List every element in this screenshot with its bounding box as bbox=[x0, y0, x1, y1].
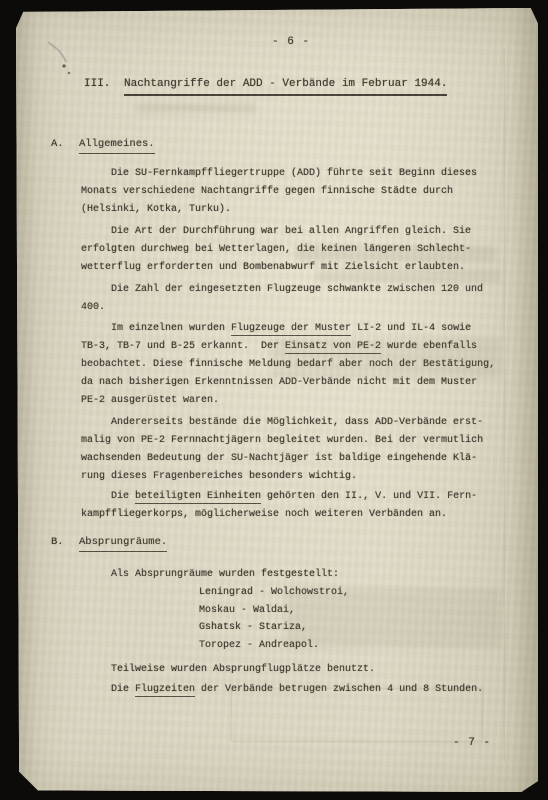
text-segment: der Verbände betrugen zwischen 4 und 8 S… bbox=[195, 684, 483, 695]
text-line: Die Art der Durchführung war bei allen A… bbox=[81, 223, 526, 241]
text-line: 400. bbox=[81, 299, 526, 317]
text-segment: gehörten den II., V. und VII. Fern- bbox=[261, 491, 477, 502]
text-segment: Im einzelnen wurden bbox=[111, 323, 231, 334]
underlined-phrase: Einsatz von PE-2 bbox=[285, 341, 381, 354]
section-a-title: Allgemeines. bbox=[79, 138, 155, 154]
text-segment: Die bbox=[111, 684, 135, 695]
text-line: Teilweise wurden Absprungflugplätze benu… bbox=[81, 661, 526, 679]
text-line: (Helsinki, Kotka, Turku). bbox=[81, 201, 526, 219]
text-line: Die SU-Fernkampffliegertruppe (ADD) führ… bbox=[81, 165, 526, 183]
page-number-top: - 6 - bbox=[272, 36, 538, 49]
list-item: Gshatsk - Stariza, bbox=[199, 619, 526, 637]
text-line: rung dieses Fragenbereiches besonders wi… bbox=[81, 468, 526, 486]
paragraph: Andererseits bestände die Möglichkeit, d… bbox=[81, 414, 526, 486]
scanned-document-page: - 6 - III. Nachtangriffe der ADD - Verbä… bbox=[16, 8, 538, 792]
list-item: Moskau - Waldai, bbox=[199, 602, 526, 620]
text-line: Andererseits bestände die Möglichkeit, d… bbox=[81, 414, 526, 432]
text-segment: Die bbox=[111, 491, 135, 502]
text-line: PE-2 ausgerüstet waren. bbox=[81, 392, 526, 410]
text-line: beobachtet. Diese finnische Meldung beda… bbox=[81, 356, 526, 374]
title-numeral: III. bbox=[84, 78, 124, 96]
text-line: Die beteiligten Einheiten gehörten den I… bbox=[81, 488, 526, 506]
text-line: da nach bisherigen Erkenntnissen ADD-Ver… bbox=[81, 374, 526, 392]
text-line: Die Flugzeiten der Verbände betrugen zwi… bbox=[81, 681, 526, 699]
text-line: malig von PE-2 Fernnachtjägern begleitet… bbox=[81, 432, 526, 450]
ink-bleed-through bbox=[136, 103, 256, 113]
text-line: wachsenden Bedeutung der SU-Nachtjäger i… bbox=[81, 450, 526, 468]
text-line: erfolgten durchweg bei Wetterlagen, die … bbox=[81, 241, 526, 259]
text-line: TB-3, TB-7 und B-25 erkannt. Der Einsatz… bbox=[81, 338, 526, 356]
list-item: Leningrad - Wolchowstroi, bbox=[199, 584, 526, 602]
text-line: Als Absprungräume wurden festgestellt: bbox=[81, 566, 526, 584]
underlined-phrase: beteiligten Einheiten bbox=[135, 491, 261, 504]
underlined-phrase: Flugzeiten bbox=[135, 684, 195, 697]
section-a-heading: A. Allgemeines. bbox=[51, 138, 538, 154]
paragraph: Die Zahl der eingesetzten Flugzeuge schw… bbox=[81, 281, 526, 317]
section-b-label: B. bbox=[51, 536, 79, 552]
title-text: Nachtangriffe der ADD - Verbände im Febr… bbox=[124, 78, 447, 96]
list-item: Toropez - Andreapol. bbox=[199, 637, 526, 655]
section-b-body: Als Absprungräume wurden festgestellt: L… bbox=[81, 566, 526, 699]
text-line: Monats verschiedene Nachtangriffe gegen … bbox=[81, 183, 526, 201]
paragraph: Im einzelnen wurden Flugzeuge der Muster… bbox=[81, 320, 526, 410]
text-line: kampffliegerkorps, möglicherweise noch w… bbox=[81, 506, 526, 524]
paragraph: Die beteiligten Einheiten gehörten den I… bbox=[81, 488, 526, 524]
section-a-body: Die SU-Fernkampffliegertruppe (ADD) führ… bbox=[81, 165, 526, 524]
text-segment: wurde ebenfalls bbox=[381, 341, 477, 352]
paragraph: Die SU-Fernkampffliegertruppe (ADD) führ… bbox=[81, 165, 526, 219]
document-title: III. Nachtangriffe der ADD - Verbände im… bbox=[84, 78, 538, 96]
underlined-phrase: Flugzeuge der Muster bbox=[231, 323, 351, 336]
section-a-label: A. bbox=[51, 138, 79, 154]
text-line: wetterflug erforderten und Bombenabwurf … bbox=[81, 259, 526, 277]
section-b-title: Absprungräume. bbox=[79, 536, 167, 552]
page-number-bottom: - 7 - bbox=[453, 737, 491, 749]
text-line: Im einzelnen wurden Flugzeuge der Muster… bbox=[81, 320, 526, 338]
absprung-areas-list: Leningrad - Wolchowstroi, Moskau - Walda… bbox=[199, 584, 526, 654]
text-segment: TB-3, TB-7 und B-25 erkannt. Der bbox=[81, 341, 285, 352]
paragraph: Die Art der Durchführung war bei allen A… bbox=[81, 223, 526, 277]
text-segment: LI-2 und IL-4 sowie bbox=[351, 323, 471, 334]
text-line: Die Zahl der eingesetzten Flugzeuge schw… bbox=[81, 281, 526, 299]
section-b-heading: B. Absprungräume. bbox=[51, 536, 538, 552]
